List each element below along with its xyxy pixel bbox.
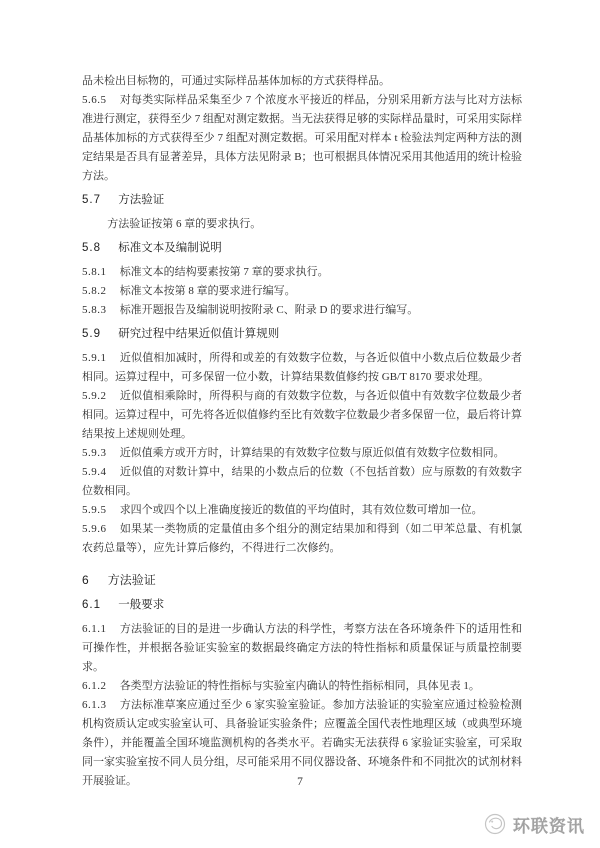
- clause-5-8-1: 5.8.1标准文本的结构要素按第 7 章的要求执行。: [82, 263, 522, 282]
- clause-5-8-2: 5.8.2标准文本按第 8 章的要求进行编写。: [82, 282, 522, 301]
- section-heading-6-1: 6.1一般要求: [82, 596, 522, 615]
- heading-number: 5.8: [82, 242, 101, 254]
- clause-number: 5.9.6: [82, 523, 107, 535]
- clause-text: 近似值相乘除时，所得积与商的有效数字位数，与各近似值中有效数字位数最少者相同。运…: [82, 390, 522, 440]
- clause-5-9-4: 5.9.4近似值的对数计算中，结果的小数点后的位数（不包括首数）应与原数的有效数…: [82, 463, 522, 501]
- clause-number: 5.8.2: [82, 285, 107, 297]
- paragraph-continuation: 品未检出目标物的，可通过实际样品基体加标的方式获得样品。: [82, 72, 522, 91]
- clause-text: 标准文本的结构要素按第 7 章的要求执行。: [120, 266, 329, 278]
- clause-number: 5.9.4: [82, 466, 107, 478]
- clause-number: 5.9.1: [82, 352, 107, 364]
- clause-6-1-2: 6.1.2各类型方法验证的特性指标与实验室内确认的特性指标相同，具体见表 1。: [82, 677, 522, 696]
- clause-text: 各类型方法验证的特性指标与实验室内确认的特性指标相同，具体见表 1。: [120, 680, 480, 692]
- heading-text: 标准文本及编制说明: [118, 242, 222, 254]
- heading-text: 一般要求: [118, 599, 164, 611]
- paragraph-5-7-body: 方法验证按第 6 章的要求执行。: [82, 215, 522, 234]
- clause-5-8-3: 5.8.3标准开题报告及编制说明按附录 C、附录 D 的要求进行编写。: [82, 301, 522, 320]
- clause-number: 5.8.1: [82, 266, 107, 278]
- clause-number: 5.9.5: [82, 504, 107, 516]
- clause-text: 近似值相加减时，所得和或差的有效数字位数，与各近似值中小数点后位数最少者相同。运…: [82, 352, 522, 383]
- clause-text: 标准开题报告及编制说明按附录 C、附录 D 的要求进行编写。: [120, 304, 419, 316]
- clause-number: 5.6.5: [82, 94, 107, 106]
- swirl-logo-icon: [482, 811, 508, 837]
- heading-number: 5.9: [82, 328, 101, 340]
- clause-5-9-5: 5.9.5求四个或四个以上准确度接近的数值的平均值时，其有效位数可增加一位。: [82, 501, 522, 520]
- heading-number: 6.1: [82, 599, 101, 611]
- clause-5-9-3: 5.9.3近似值乘方或开方时，计算结果的有效数字位数与原近似值有效数字位数相同。: [82, 444, 522, 463]
- clause-number: 5.8.3: [82, 304, 107, 316]
- clause-5-9-1: 5.9.1近似值相加减时，所得和或差的有效数字位数，与各近似值中小数点后位数最少…: [82, 349, 522, 387]
- page-number: 7: [0, 776, 600, 788]
- chapter-heading-6: 6方法验证: [82, 571, 522, 590]
- clause-text: 如果某一类物质的定量值由多个组分的测定结果加和得到（如二甲苯总量、有机氯农药总量…: [82, 523, 522, 554]
- section-heading-5-7: 5.7方法验证: [82, 191, 522, 210]
- heading-text: 方法验证: [108, 573, 156, 587]
- heading-text: 方法验证: [118, 194, 164, 206]
- section-heading-5-8: 5.8标准文本及编制说明: [82, 239, 522, 258]
- document-page: 品未检出目标物的，可通过实际样品基体加标的方式获得样品。 5.6.5对每类实际样…: [0, 0, 600, 848]
- clause-text: 对每类实际样品采集至少 7 个浓度水平接近的样品，分别采用新方法与比对方法标准进…: [82, 94, 522, 182]
- section-heading-5-9: 5.9研究过程中结果近似值计算规则: [82, 325, 522, 344]
- clause-number: 5.9.3: [82, 447, 107, 459]
- document-body: 品未检出目标物的，可通过实际样品基体加标的方式获得样品。 5.6.5对每类实际样…: [0, 0, 600, 791]
- brand-watermark: 环联资讯: [482, 811, 585, 837]
- clause-text: 求四个或四个以上准确度接近的数值的平均值时，其有效位数可增加一位。: [120, 504, 483, 516]
- clause-number: 6.1.1: [82, 623, 107, 635]
- clause-5-9-6: 5.9.6如果某一类物质的定量值由多个组分的测定结果加和得到（如二甲苯总量、有机…: [82, 520, 522, 558]
- clause-number: 5.9.2: [82, 390, 107, 402]
- clause-number: 6.1.3: [82, 699, 107, 711]
- clause-text: 方法标准草案应通过至少 6 家实验室验证。参加方法验证的实验室应通过检验检测机构…: [82, 699, 522, 787]
- clause-number: 6.1.2: [82, 680, 107, 692]
- brand-name: 环联资讯: [513, 812, 585, 837]
- heading-text: 研究过程中结果近似值计算规则: [118, 328, 279, 340]
- paragraph-text: 品未检出目标物的，可通过实际样品基体加标的方式获得样品。: [82, 75, 390, 87]
- paragraph-text: 方法验证按第 6 章的要求执行。: [107, 218, 261, 230]
- clause-5-6-5: 5.6.5对每类实际样品采集至少 7 个浓度水平接近的样品，分别采用新方法与比对…: [82, 91, 522, 186]
- heading-number: 5.7: [82, 194, 101, 206]
- clause-text: 标准文本按第 8 章的要求进行编写。: [120, 285, 296, 297]
- clause-text: 近似值的对数计算中，结果的小数点后的位数（不包括首数）应与原数的有效数字位数相同…: [82, 466, 522, 497]
- clause-6-1-1: 6.1.1方法验证的目的是进一步确认方法的科学性，考察方法在各环境条件下的适用性…: [82, 620, 522, 677]
- heading-number: 6: [82, 573, 90, 587]
- clause-text: 近似值乘方或开方时，计算结果的有效数字位数与原近似值有效数字位数相同。: [120, 447, 505, 459]
- clause-5-9-2: 5.9.2近似值相乘除时，所得积与商的有效数字位数，与各近似值中有效数字位数最少…: [82, 387, 522, 444]
- clause-text: 方法验证的目的是进一步确认方法的科学性，考察方法在各环境条件下的适用性和可操作性…: [82, 623, 522, 673]
